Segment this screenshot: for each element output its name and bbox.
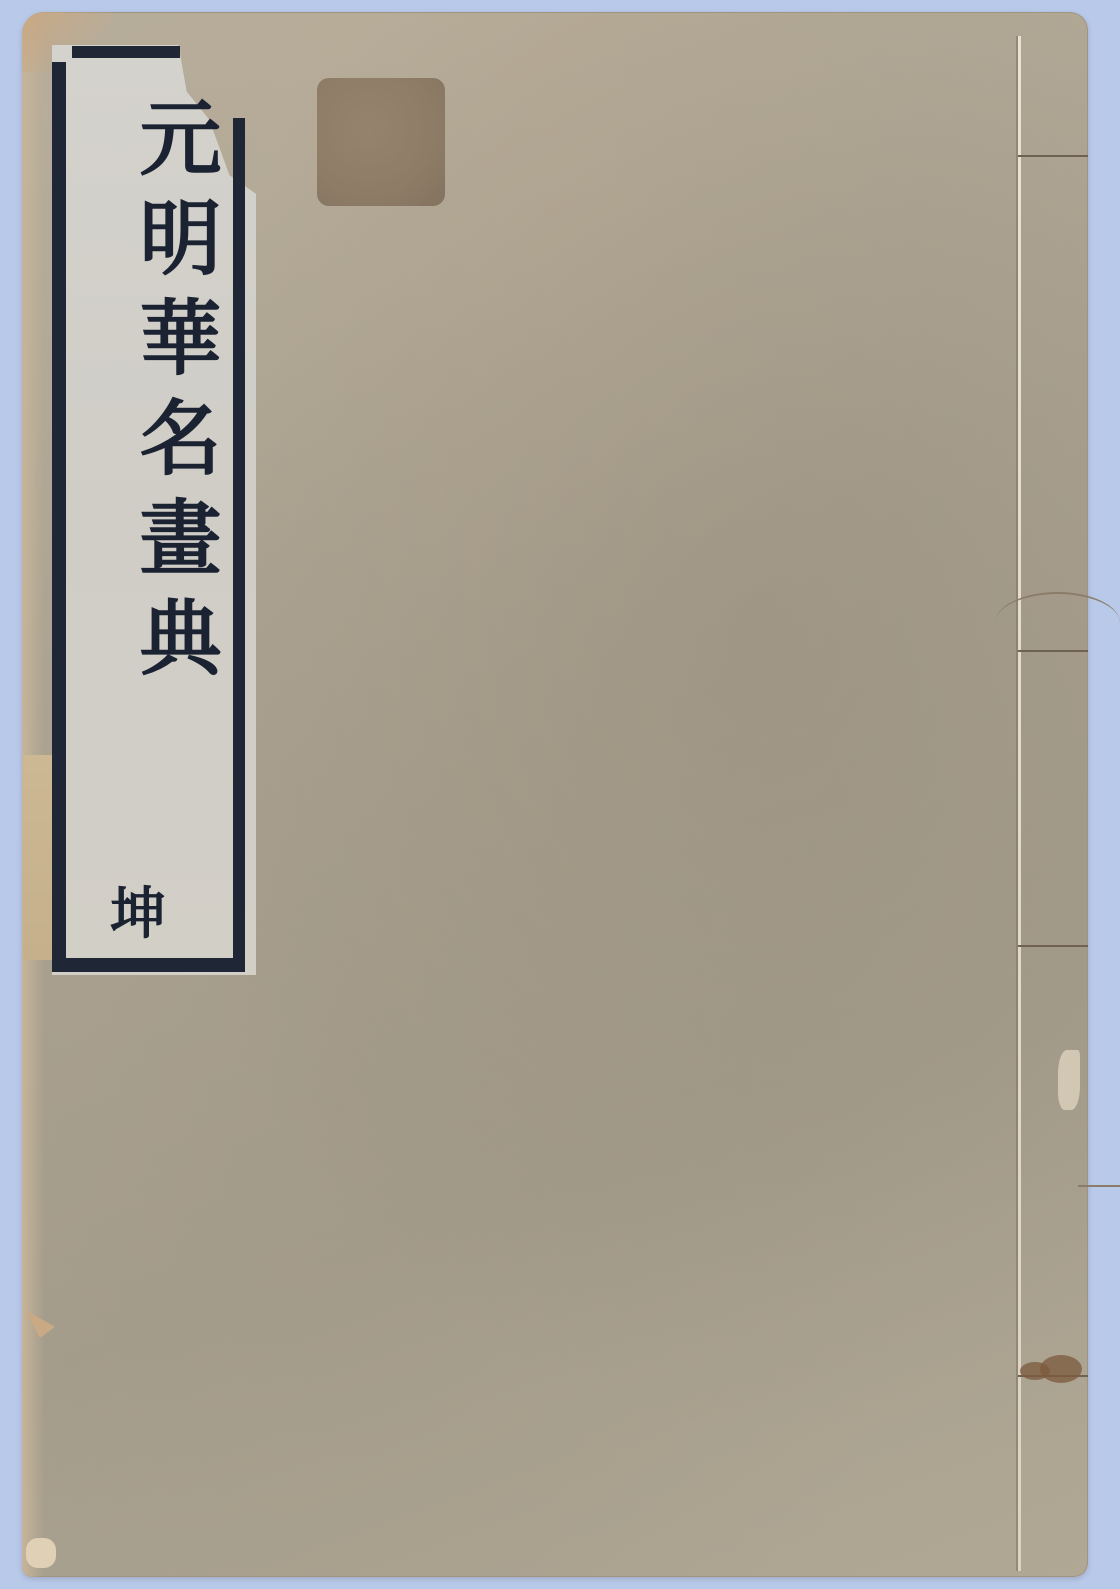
title-slip-border-left	[52, 62, 66, 972]
seal-stamp	[317, 78, 445, 206]
loose-thread	[995, 592, 1120, 654]
volume-label: 坤	[110, 870, 166, 950]
binding-stitch	[1018, 155, 1088, 157]
corner-tear	[26, 1538, 56, 1568]
loose-thread-end	[1078, 1185, 1120, 1197]
title-slip-border-top	[72, 46, 180, 58]
title-slip-border-right	[233, 118, 245, 972]
stain	[1040, 1355, 1082, 1383]
title-slip-border-bottom	[52, 958, 245, 972]
binding-stitch	[1018, 945, 1088, 947]
book-title: 元明華名畫典	[95, 95, 215, 695]
edge-tear	[1058, 1050, 1080, 1110]
binding-thread	[1018, 36, 1021, 1571]
